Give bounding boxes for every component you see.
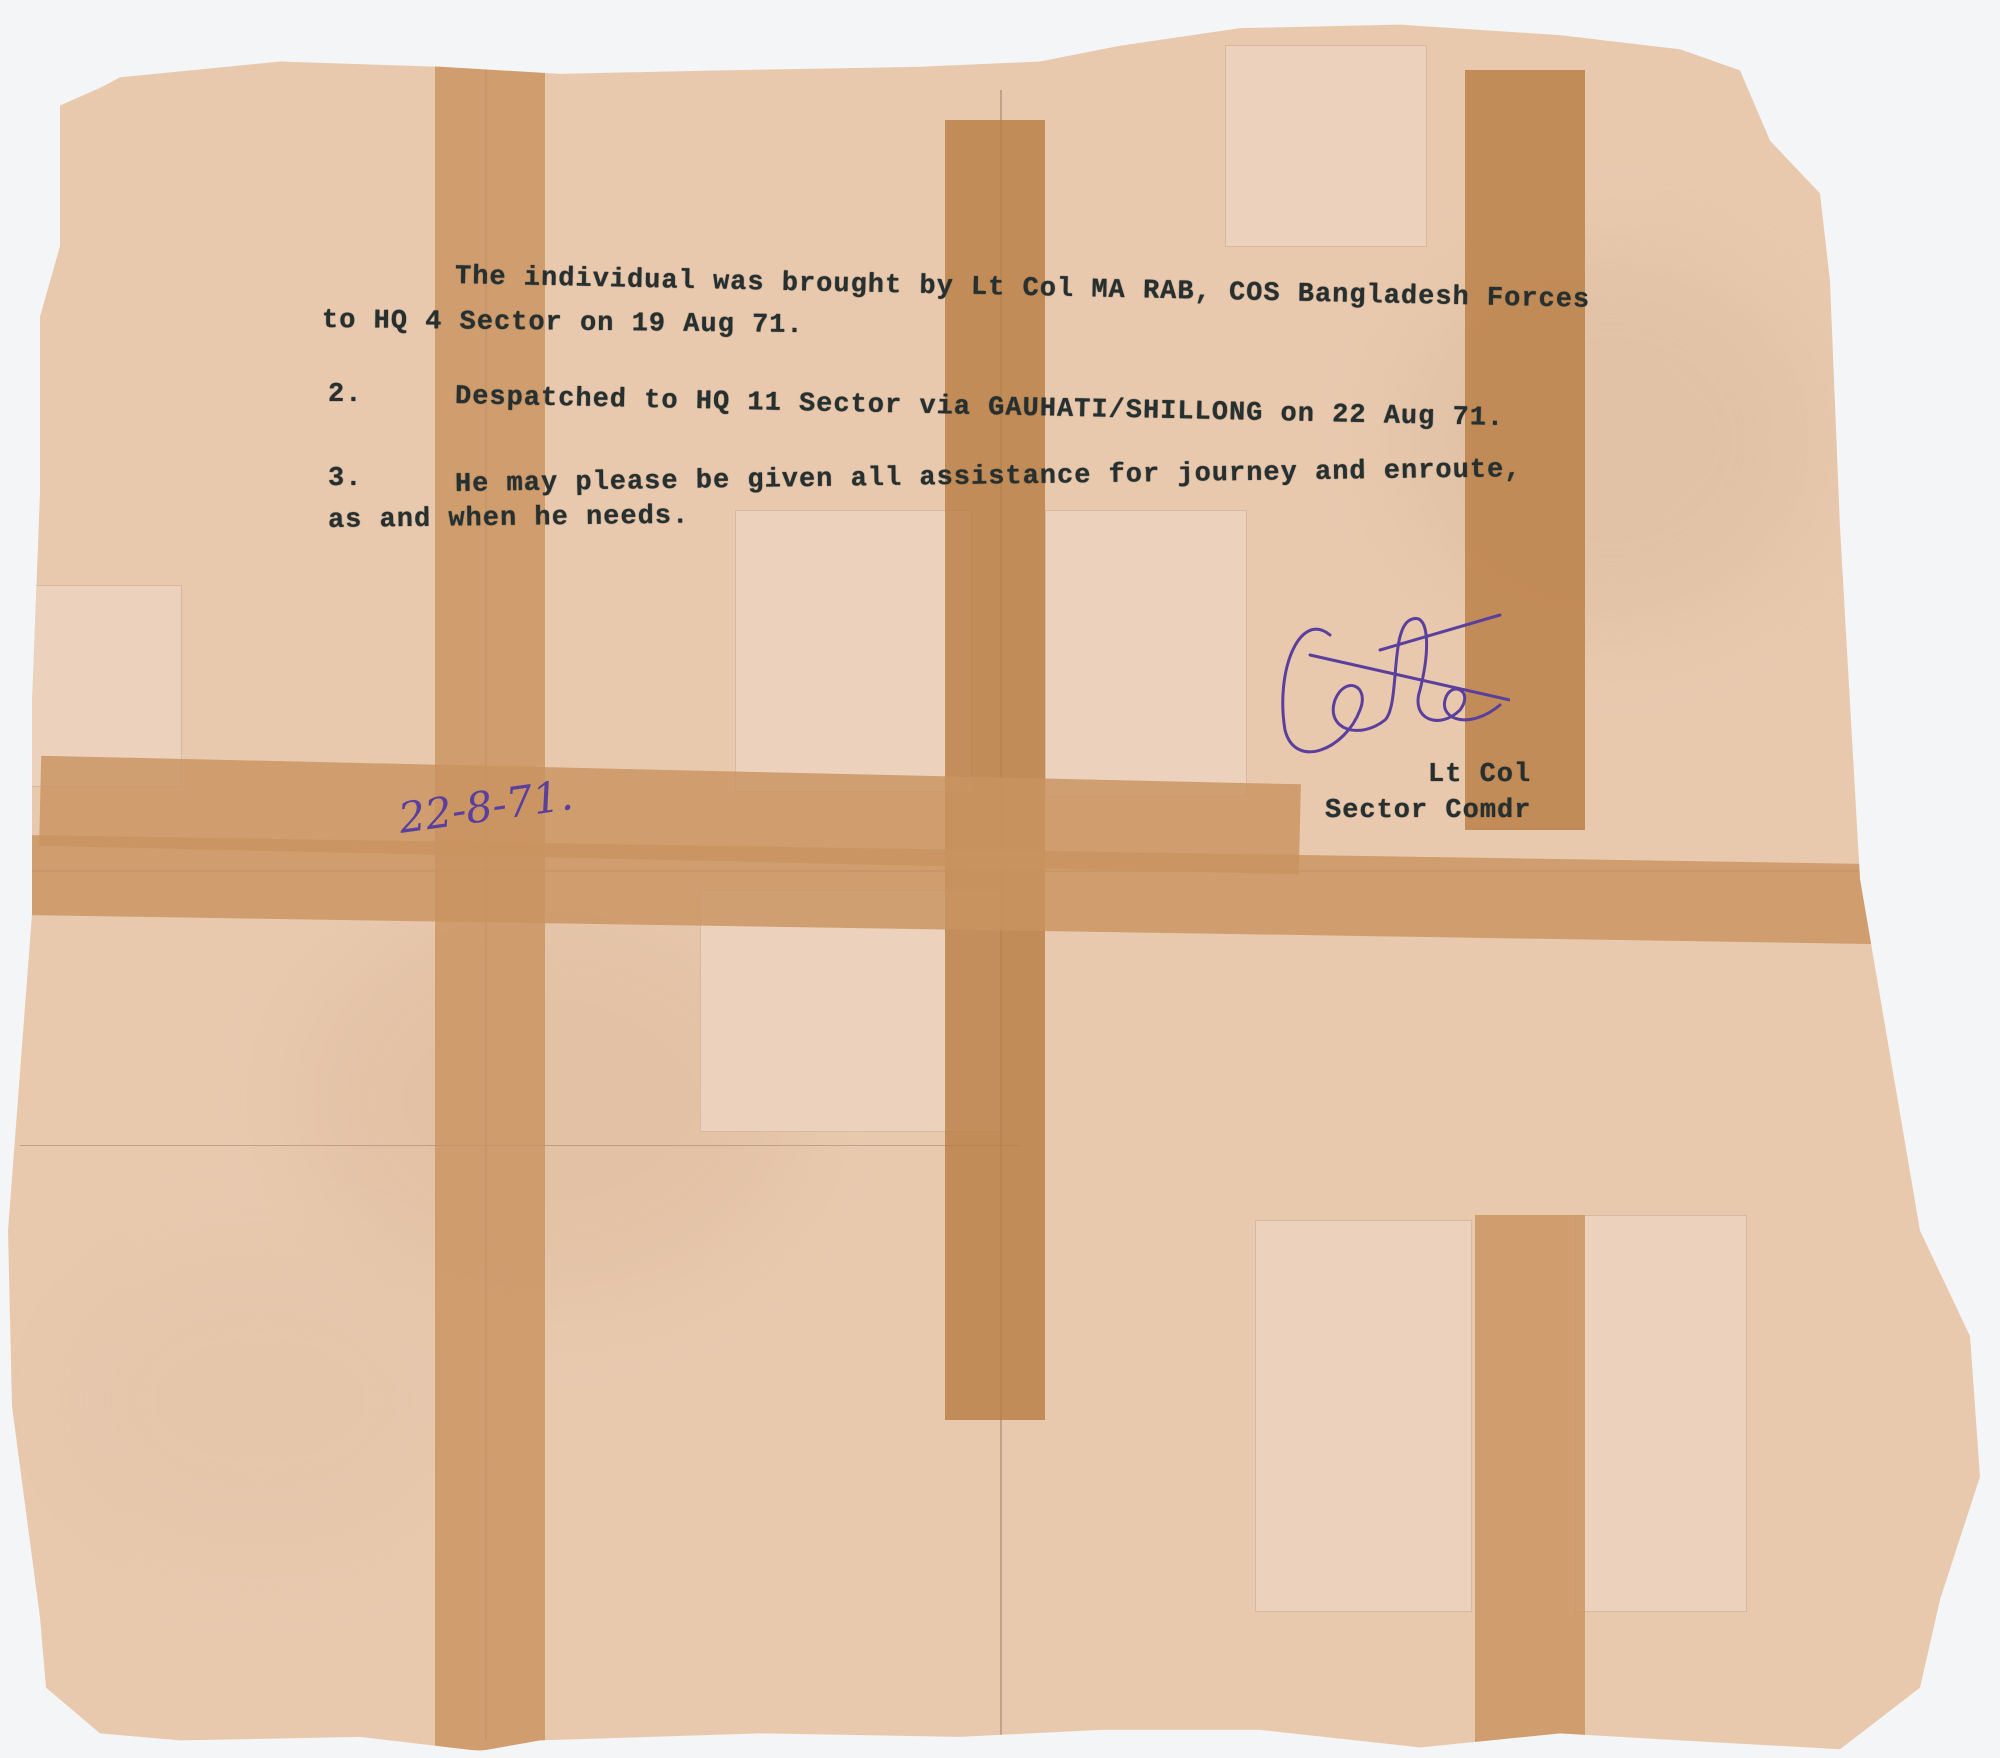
signature-scribble-icon xyxy=(1270,590,1510,760)
paragraph-3-line-2: as and when he needs. xyxy=(328,502,690,536)
paper-patch xyxy=(1045,510,1247,797)
paragraph-2-number: 2. xyxy=(328,380,362,410)
paragraph-3-number: 3. xyxy=(328,464,362,494)
signatory-rank: Lt Col xyxy=(1428,760,1531,790)
tape-strip-vertical xyxy=(945,120,1045,1420)
paper-patch xyxy=(1225,45,1427,247)
tape-strip-vertical xyxy=(1475,1215,1585,1745)
paragraph-1-line-2: to HQ 4 Sector on 19 Aug 71. xyxy=(322,306,804,341)
stain xyxy=(60,1250,460,1550)
paper-patch xyxy=(1255,1220,1472,1612)
aged-paper-sheet xyxy=(0,0,2000,1758)
paper-patch xyxy=(1575,1215,1747,1612)
tape-strip-horizontal xyxy=(29,835,1930,945)
signatory-title: Sector Comdr xyxy=(1325,796,1531,826)
paper-patch xyxy=(735,510,972,792)
